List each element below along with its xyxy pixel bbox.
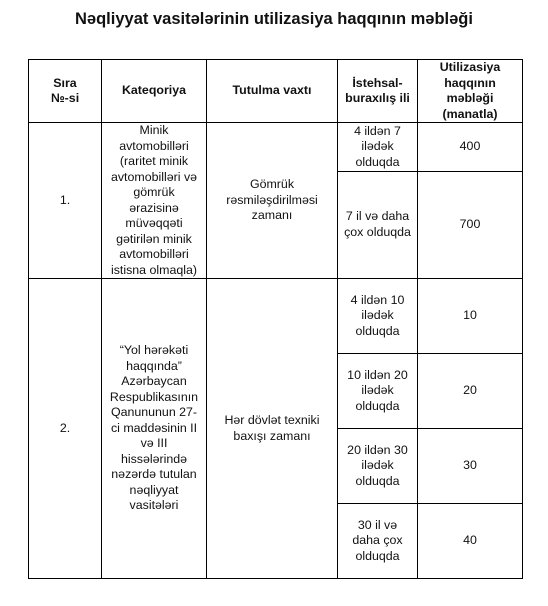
utilization-fee-table: Sıra №-si Kateqoriya Tutulma vaxtı İsteh… (28, 59, 523, 579)
tier-age: 10 ildən 20 ilədək olduqda (338, 354, 418, 429)
tier-amount: 30 (418, 429, 523, 504)
tier-age: 4 ildən 10 ilədək olduqda (338, 279, 418, 354)
tier-age: 30 il və daha çox olduqda (338, 504, 418, 579)
row-number: 2. (29, 279, 102, 579)
table-row: 1. Minik avtomobilləri (raritet minik av… (29, 123, 523, 172)
row-time: Hər dövlət texniki baxışı zamanı (207, 279, 338, 579)
header-number: Sıra №-si (29, 60, 102, 123)
tier-amount: 20 (418, 354, 523, 429)
table-header-row: Sıra №-si Kateqoriya Tutulma vaxtı İsteh… (29, 60, 523, 123)
tier-amount: 700 (418, 171, 523, 278)
tier-amount: 10 (418, 279, 523, 354)
table-row: 2. “Yol hərəkəti haqqında” Azərbaycan Re… (29, 279, 523, 354)
tier-amount: 40 (418, 504, 523, 579)
tier-age: 7 il və daha çox olduqda (338, 171, 418, 278)
row-category: Minik avtomobilləri (raritet minik avtom… (102, 123, 207, 279)
row-number: 1. (29, 123, 102, 279)
header-category: Kateqoriya (102, 60, 207, 123)
tier-age: 4 ildən 7 ilədək olduqda (338, 123, 418, 172)
header-time: Tutulma vaxtı (207, 60, 338, 123)
document-title: Nəqliyyat vasitələrinin utilizasiya haqq… (0, 10, 548, 29)
header-production-year: İstehsal- buraxılış ili (338, 60, 418, 123)
tier-age: 20 ildən 30 ilədək olduqda (338, 429, 418, 504)
header-fee-amount: Utilizasiya haqqının məbləği (manatla) (418, 60, 523, 123)
tier-amount: 400 (418, 123, 523, 172)
row-category: “Yol hərəkəti haqqında” Azərbaycan Respu… (102, 279, 207, 579)
row-time: Gömrük rəsmiləşdirilməsi zamanı (207, 123, 338, 279)
